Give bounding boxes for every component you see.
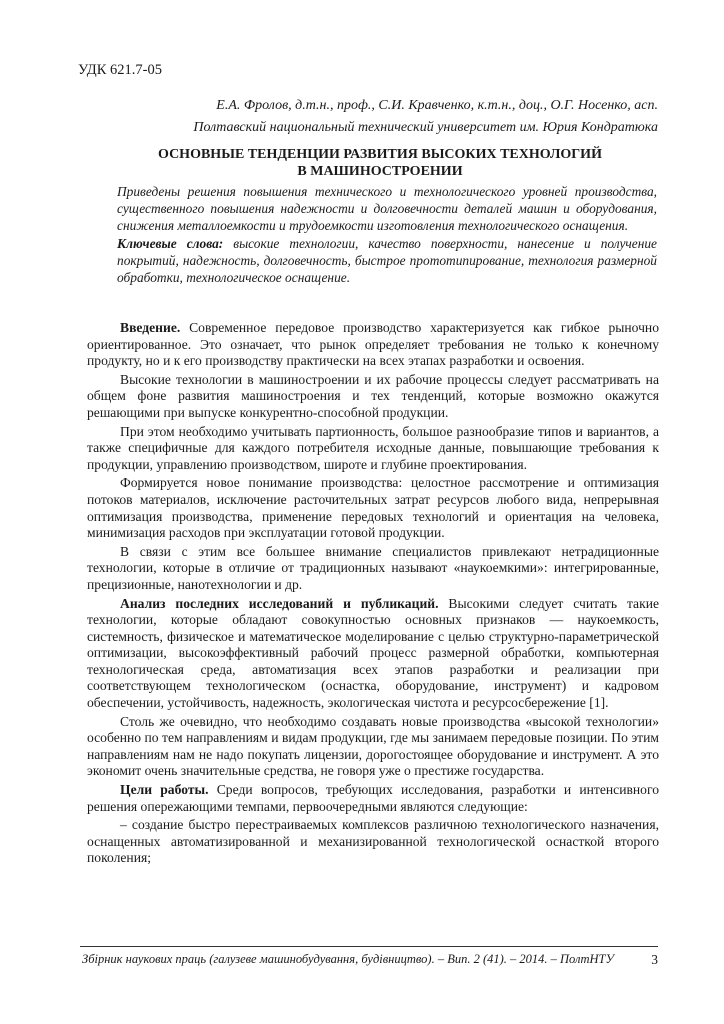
paragraph: Формируется новое понимание производства… bbox=[87, 475, 659, 541]
paragraph-goals: Цели работы. Среди вопросов, требующих и… bbox=[87, 782, 659, 815]
paragraph: Высокие технологии в машиностроении и их… bbox=[87, 372, 659, 422]
paragraph-introduction: Введение. Современное передовое производ… bbox=[87, 320, 659, 370]
paper-title: ОСНОВНЫЕ ТЕНДЕНЦИИ РАЗВИТИЯ ВЫСОКИХ ТЕХН… bbox=[100, 146, 660, 180]
authors-names: Е.А. Фролов, д.т.н., проф., С.И. Кравчен… bbox=[193, 95, 658, 117]
paragraph-analysis: Анализ последних исследований и публикац… bbox=[87, 596, 659, 712]
body-text: Введение. Современное передовое производ… bbox=[87, 320, 659, 869]
section-heading-analysis: Анализ последних исследований и публикац… bbox=[120, 596, 439, 611]
page-footer: Збірник наукових праць (галузеве машиноб… bbox=[82, 952, 658, 968]
section-heading-goals: Цели работы. bbox=[120, 782, 209, 797]
authors-affiliation: Полтавский национальный технический унив… bbox=[193, 117, 658, 139]
list-item: – создание быстро перестраиваемых компле… bbox=[87, 817, 659, 867]
journal-citation: Збірник наукових праць (галузеве машиноб… bbox=[82, 952, 614, 968]
paragraph: Столь же очевидно, что необходимо создав… bbox=[87, 714, 659, 780]
paragraph: В связи с этим все большее внимание спец… bbox=[87, 544, 659, 594]
paragraph-text: Высокими следует считать такие технологи… bbox=[87, 596, 659, 711]
paper-title-line2: В МАШИНОСТРОЕНИИ bbox=[100, 163, 660, 180]
footer-divider bbox=[80, 946, 658, 947]
abstract: Приведены решения повышения технического… bbox=[117, 183, 657, 286]
paper-title-line1: ОСНОВНЫЕ ТЕНДЕНЦИИ РАЗВИТИЯ ВЫСОКИХ ТЕХН… bbox=[100, 146, 660, 163]
keywords-label: Ключевые слова: bbox=[117, 236, 223, 251]
abstract-text: Приведены решения повышения технического… bbox=[117, 183, 657, 235]
authors-block: Е.А. Фролов, д.т.н., проф., С.И. Кравчен… bbox=[193, 95, 658, 139]
udk-code: УДК 621.7-05 bbox=[78, 62, 162, 79]
section-heading-introduction: Введение. bbox=[120, 320, 180, 335]
keywords: Ключевые слова: высокие технологии, каче… bbox=[117, 235, 657, 287]
page-number: 3 bbox=[651, 952, 658, 968]
paragraph: При этом необходимо учитывать партионнос… bbox=[87, 424, 659, 474]
